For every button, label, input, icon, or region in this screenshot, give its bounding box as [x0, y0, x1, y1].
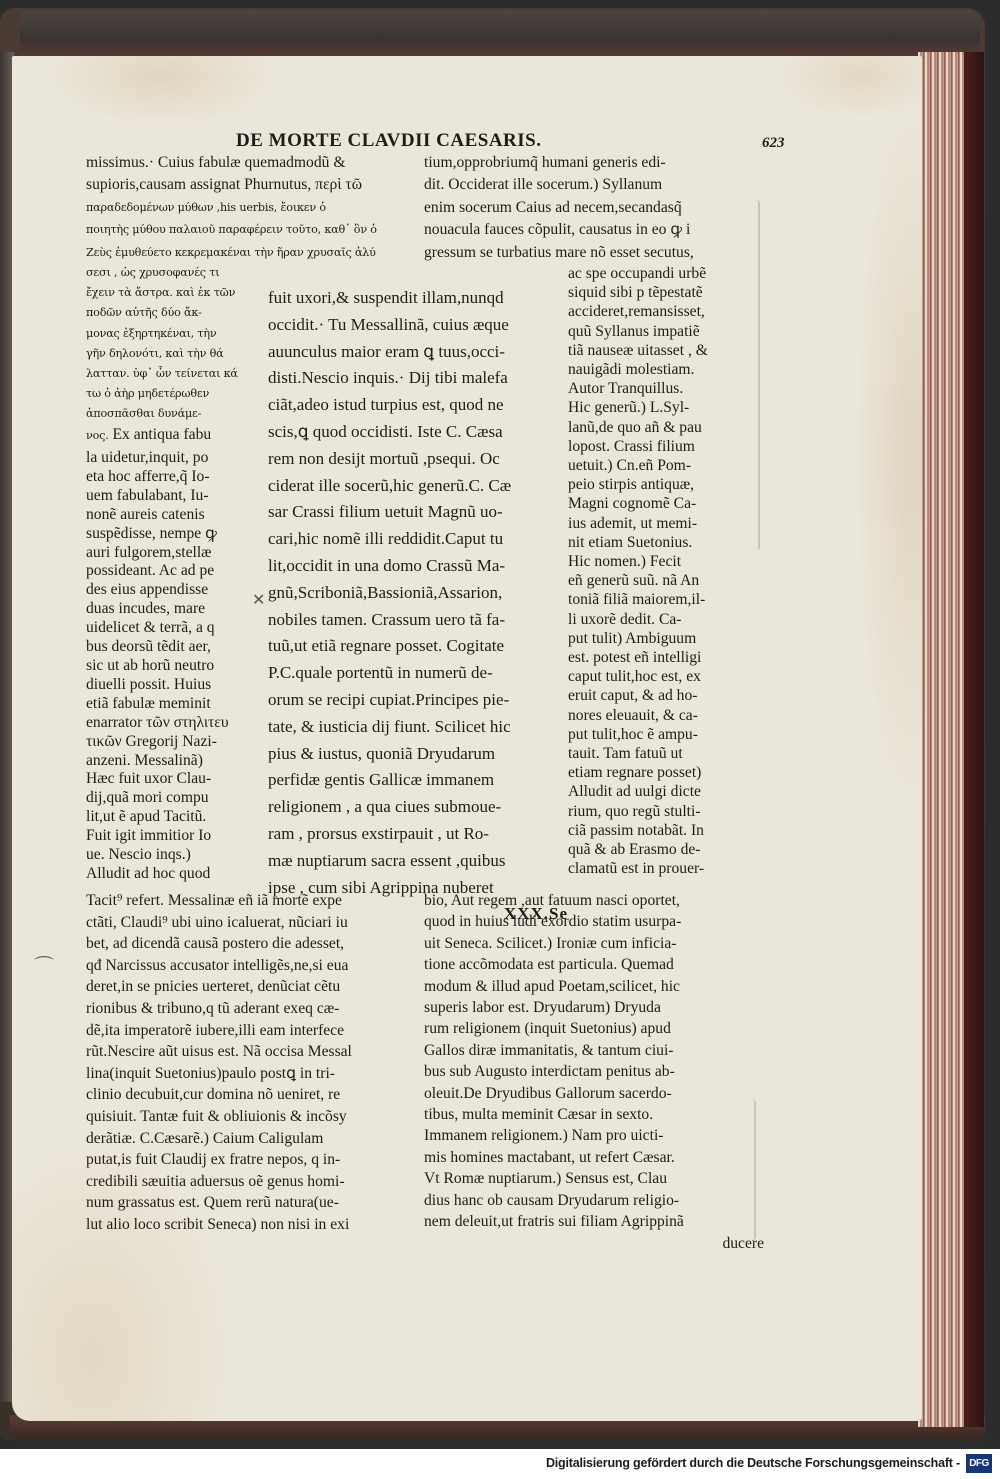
text-line: anzeni. Messalinã)	[86, 752, 266, 771]
text-line: orum se recipi cupiat.Principes pie-	[268, 687, 568, 714]
text-line: perfidæ gentis Gallicæ immanem	[268, 767, 568, 794]
text-line: occidit.· Tu Messallinã, cuius æque	[268, 312, 568, 339]
text-line: ram , prorsus exstirpauit , ut Ro-	[268, 821, 568, 848]
text-line: uem fabulabant, Iu-	[86, 487, 266, 506]
text-line: derãtiæ. C.Cæsarẽ.) Caium Caligulam	[86, 1128, 426, 1150]
text-line: mis homines mactabant, ut refert Cæsar.	[424, 1147, 764, 1168]
page-edges	[918, 52, 968, 1427]
text-line: lina(inquit Suetonius)paulo postꝗ in tri…	[86, 1063, 426, 1085]
text-line: bus sub Augusto interdictam penitus ab-	[424, 1061, 764, 1082]
text-line: clamatũ est in prouer-	[568, 859, 764, 878]
text-line: possideant. Ac ad pe	[86, 562, 266, 581]
text-line: ue. Nescio inqs.)	[86, 846, 266, 865]
greek-fragment: νος.	[86, 429, 109, 442]
text-line: religionem , a qua ciues submoue-	[268, 794, 568, 821]
greek-line: μονας ἐξηρτηκέναι, τὴν	[86, 324, 266, 344]
greek-line: ἔχειν τὰ ἄστρα. καὶ ἐκ τῶν	[86, 283, 266, 303]
text-line: put tulit,hoc ẽ ampu-	[568, 725, 764, 744]
text-line: ciã passim notabãt. In	[568, 821, 764, 840]
pencil-bracket	[570, 200, 760, 550]
text-line: nem deleuit,ut fratris sui filiam Agripp…	[424, 1211, 764, 1232]
marginal-cross-mark: ✕	[252, 590, 265, 610]
text-line: dij,quã mori compu	[86, 789, 266, 808]
text-line: fuit uxori,& suspendit illam,nunqd	[268, 285, 568, 312]
text-line: quod in huius ludi exordio statim usurpa…	[424, 911, 764, 932]
text-line: rum religionem (inquit Suetonius) apud	[424, 1018, 764, 1039]
main-text-block: fuit uxori,& suspendit illam,nunqd occid…	[268, 285, 568, 928]
text-line: tium,opprobriumq̃ humani generis edi-	[424, 152, 764, 174]
text-line: li uxorẽ dedit. Ca-	[568, 610, 764, 629]
greek-line: λατταν. ὑφ᾽ ὧν τείνεται κά	[86, 364, 266, 384]
text-line: tibus, multa meminit Cæsar in sexto.	[424, 1104, 764, 1125]
text-line: gnũ,Scriboniã,Bassioniã,Assarion,	[268, 580, 568, 607]
text-line: Hic nomen.) Fecit	[568, 552, 764, 571]
catchword: ducere	[424, 1233, 764, 1254]
text-line: missimus.· Cuius fabulæ quemadmodũ &	[86, 152, 426, 174]
text-line: supioris,causam assignat Phurnutus, περὶ…	[86, 174, 426, 196]
text-line: credibili sæuitia aduersus oẽ genus homi…	[86, 1171, 426, 1193]
greek-line: ποιητὴς μύθου παλαιοῦ παραφέρειν τοῦτο, …	[86, 219, 426, 241]
greek-line: τω ὁ ἀὴρ μηδετέρωθεν	[86, 384, 266, 404]
text-line: dius hanc ob causam Dryudarum religio-	[424, 1190, 764, 1211]
greek-line: ποδῶν αὐτῆς δύο ἄκ-	[86, 303, 266, 323]
text-line: nonẽ aureis catenis	[86, 506, 266, 525]
text-line: quã & ab Erasmo de-	[568, 840, 764, 859]
text-line: diuelli possit. Huius	[86, 676, 266, 695]
text-line: Vt Romæ nuptiarum.) Sensus est, Clau	[424, 1168, 764, 1189]
text-line: lut alio loco scribit Seneca) non nisi i…	[86, 1214, 426, 1236]
text-line: bio, Aut regem ,aut fatuum nasci oportet…	[424, 890, 764, 911]
text-line: dit. Occiderat ille socerum.) Syllanum	[424, 174, 764, 196]
text-line: rũt.Nescire aũt uisus est. Nã occisa Mes…	[86, 1041, 426, 1063]
text-line: νος. Ex antiqua fabu	[86, 425, 266, 446]
binding-top-edge	[20, 10, 980, 58]
text-line: nobiles tamen. Crassum uero tã fa-	[268, 607, 568, 634]
text-line: bet, ad dicendã causã postero die adesse…	[86, 933, 426, 955]
text-line: ciderat ille socerũ,hic generũ.C. Cæ	[268, 473, 568, 500]
text-line: deret,in se pnicies uerteret, denũciat c…	[86, 976, 426, 998]
text-line: tauit. Tam fatuũ ut	[568, 744, 764, 763]
text-line: Alludit ad hoc quod	[86, 865, 266, 884]
text-line: eruit caput, & ad ho-	[568, 686, 764, 705]
text-line: la uidetur,inquit, po	[86, 449, 266, 468]
text-line: dẽ,ita imperatorẽ iubere,illi eam interf…	[86, 1020, 426, 1042]
text-line: sar Crassi filium uetuit Magnũ uo-	[268, 499, 568, 526]
text-line: uit Seneca. Scilicet.) Ironiæ cum infici…	[424, 933, 764, 954]
funding-credit: Digitalisierung gefördert durch die Deut…	[546, 1456, 960, 1470]
text-line: quisiuit. Tantæ fuit & obliuionis & incõ…	[86, 1106, 426, 1128]
greek-line: ἀποσπᾶσθαι δυνάμε-	[86, 404, 266, 424]
text-line: eñ generũ suũ. nã An	[568, 571, 764, 590]
scan-area: DE MORTE CLAVDII CAESARIS. 623 missimus.…	[0, 0, 1000, 1449]
text-line: putat,is fuit Claudij ex fratre nepos, q…	[86, 1149, 426, 1171]
text-line: Fuit igit immitior Io	[86, 827, 266, 846]
text-line: rem non desijt mortuũ ,psequi. Oc	[268, 446, 568, 473]
text-line: disti.Nescio inquis.· Dij tibi malefa	[268, 365, 568, 392]
text-line: put tulit) Ambiguum	[568, 629, 764, 648]
greek-line: γῆν δηλονότι, καὶ τὴν θά	[86, 344, 266, 364]
running-head: DE MORTE CLAVDII CAESARIS.	[236, 130, 542, 152]
text-line: suspẽdisse, nempe ꝙ	[86, 525, 266, 544]
text-line: auunculus maior eram ꝗ tuus,occi-	[268, 339, 568, 366]
text-line: clinio decubuit,cur domina nõ ueniret, r…	[86, 1084, 426, 1106]
left-commentary-bottom: Tacit⁹ refert. Messalinæ eñ iã mortẽ exp…	[86, 890, 426, 1236]
text-line: mæ nuptiarum sacra essent ,quibus	[268, 848, 568, 875]
text-line: num grassatus est. Quem rerũ natura(ue-	[86, 1192, 426, 1214]
left-commentary-narrow: la uidetur,inquit, po eta hoc afferre,q̃…	[86, 449, 266, 884]
footer-bar: Digitalisierung gefördert durch die Deut…	[0, 1449, 1000, 1479]
text-line: caput tulit,hoc est, ex	[568, 667, 764, 686]
text-line: modum & illud apud Poetam,scilicet, hic	[424, 976, 764, 997]
text-line: rionibus & tribuno,q tũ aderant exeq cæ-	[86, 998, 426, 1020]
text-line: eta hoc afferre,q̃ Io-	[86, 468, 266, 487]
greek-line: Ζεὺς ἐμυθεύετο κεκρεμακέναι τὴν ἥραν χρυ…	[86, 242, 426, 264]
text-line: scis,ꝗ quod occidisti. Iste C. Cæsa	[268, 419, 568, 446]
text-line: qđ Narcissus accusator intelligẽs,ne,si …	[86, 955, 426, 977]
page-number: 623	[762, 135, 785, 152]
text-line: Hæc fuit uxor Clau-	[86, 770, 266, 789]
text-line: duas incudes, mare	[86, 600, 266, 619]
text-line: Immanem religionem.) Nam pro uicti-	[424, 1125, 764, 1146]
text-line: lit,ut ẽ apud Tacitũ.	[86, 808, 266, 827]
text-line: tione accõmodata est particula. Quemad	[424, 954, 764, 975]
text-line: cari,hic nomẽ illi reddidit.Caput tu	[268, 526, 568, 553]
text-line: sic ut ab horũ neutro	[86, 657, 266, 676]
text-line: ciãt,adeo istud turpius est, quod ne	[268, 392, 568, 419]
greek-line: παραδεδομένων μύθων ,his uerbis, ἔοικεν …	[86, 197, 426, 219]
text-line: nores eleuauit, & ca-	[568, 706, 764, 725]
text-line: des eius appendisse	[86, 581, 266, 600]
text-line: Gallos diræ immanitatis, & tantum ciui-	[424, 1040, 764, 1061]
text-line: superis labor est. Dryudarum) Dryuda	[424, 997, 764, 1018]
text-line: enarrator τῶν στηλιτευ	[86, 714, 266, 733]
pencil-bracket	[748, 1100, 756, 1240]
text-line: bus deorsũ tẽdit aer,	[86, 638, 266, 657]
text-line: etiã fabulæ meminit	[86, 695, 266, 714]
text-line: etiam regnare posset)	[568, 763, 764, 782]
right-commentary-bottom: bio, Aut regem ,aut fatuum nasci oportet…	[424, 890, 764, 1254]
text-line: uidelicet & terrã, a q	[86, 619, 266, 638]
left-greek-quotation: σεσι , ὡς χρυσοφανές τι ἔχειν τὰ ἄστρα. …	[86, 263, 266, 446]
left-commentary-top: missimus.· Cuius fabulæ quemadmodũ & sup…	[86, 152, 426, 264]
text-fragment: Ex antiqua fabu	[112, 426, 211, 443]
text-line: lit,occidit in una domo Crassũ Ma-	[268, 553, 568, 580]
text-line: auri fulgorem,stellæ	[86, 544, 266, 563]
text-line: toniã filiã maiorem,il-	[568, 590, 764, 609]
greek-line: σεσι , ὡς χρυσοφανές τι	[86, 263, 266, 283]
text-line: τικῶν Gregorij Nazi-	[86, 733, 266, 752]
marginal-annotation-mark: ⌒	[34, 950, 54, 979]
text-line: rium, quo regũ stulti-	[568, 802, 764, 821]
text-line: pius & iustus, quoniã Dryudarum	[268, 741, 568, 768]
text-line: tate, & iusticia dij fiunt. Scilicet hic	[268, 714, 568, 741]
text-line: oleuit.De Dryudibus Gallorum sacerdo-	[424, 1083, 764, 1104]
text-line: P.C.quale portentũ in numerũ de-	[268, 660, 568, 687]
text-line: tuũ,ut etiã regnare posset. Cogitate	[268, 633, 568, 660]
text-line: Alludit ad uulgi dicte	[568, 782, 764, 801]
dfg-logo-icon: DFG	[966, 1454, 992, 1473]
text-line: est. potest eñ intelligi	[568, 648, 764, 667]
